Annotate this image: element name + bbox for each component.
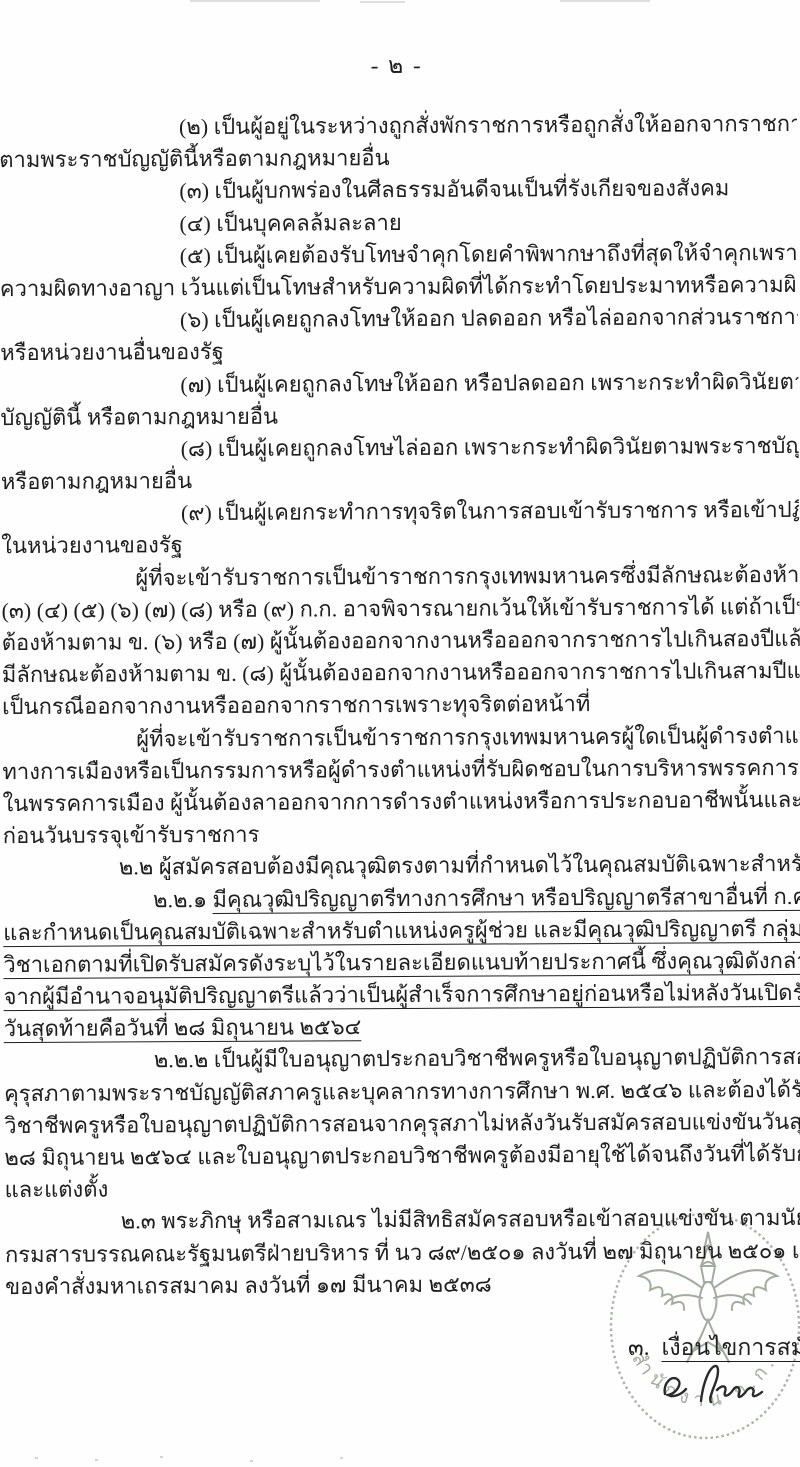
line-text: ๒.๓ พระภิกษุ หรือสามเณร ไม่มีสิทธิสมัครส… <box>121 1205 800 1234</box>
line-text: (๙) เป็นผู้เคยกระทำการทุจริตในการสอบเข้า… <box>181 497 799 526</box>
text-line: ในหน่วยงานของรัฐ <box>0 526 799 562</box>
text-line: วิชาชีพครูหรือใบอนุญาตปฏิบัติการสอนจากคุ… <box>2 1106 800 1142</box>
line-text: วิชาเอกตามที่เปิดรับสมัครดังระบุไว้ในราย… <box>3 947 800 977</box>
line-text: ตามพระราชบัญญัตินี้หรือตามกฎหมายอื่น <box>0 145 390 172</box>
line-text: (๔) เป็นบุคคลล้มละลาย <box>179 210 401 236</box>
text-line: (๖) เป็นผู้เคยถูกลงโทษให้ออก ปลดออก หรือ… <box>0 301 798 337</box>
line-text: ในพรรคการเมือง ผู้นั้นต้องลาออกจากการดำร… <box>2 786 800 816</box>
text-line: (๕) เป็นผู้เคยต้องรับโทษจำคุกโดยคำพิพากษ… <box>0 237 798 273</box>
text-line: และกำหนดเป็นคุณสมบัติเฉพาะสำหรับตำแหน่งค… <box>1 913 800 949</box>
line-text: ผู้ที่จะเข้ารับราชการเป็นข้าราชการกรุงเท… <box>135 561 799 590</box>
text-line: (๙) เป็นผู้เคยกระทำการทุจริตในการสอบเข้า… <box>0 494 799 530</box>
line-text: (๖) เป็นผู้เคยถูกลงโทษให้ออก ปลดออก หรือ… <box>180 303 798 332</box>
text-line: หรือหน่วยงานอื่นของรัฐ <box>0 333 798 369</box>
text-line: ทางการเมืองหรือเป็นกรรมการหรือผู้ดำรงตำแ… <box>0 752 800 788</box>
line-text: คุรุสภาตามพระราชบัญญัติสภาครูและบุคลากรท… <box>4 1076 800 1106</box>
text-line: กรมสารบรรณคณะรัฐมนตรีฝ่ายบริหาร ที่ นว ๘… <box>3 1234 800 1270</box>
text-line: และแต่งตั้ง <box>2 1170 800 1206</box>
line-text: มีลักษณะต้องห้ามตาม ข. (๘) ผู้นั้นต้องออ… <box>2 657 800 687</box>
text-line: วิชาเอกตามที่เปิดรับสมัครดังระบุไว้ในราย… <box>1 945 800 981</box>
text-line: (๘) เป็นผู้เคยถูกลงโทษไล่ออก เพราะกระทำผ… <box>0 430 799 466</box>
line-text: ๒.๒ ผู้สมัครสอบต้องมีคุณวุฒิตรงตามที่กำห… <box>119 850 800 879</box>
text-line: ๒.๓ พระภิกษุ หรือสามเณร ไม่มีสิทธิสมัครส… <box>3 1202 800 1238</box>
line-text: (๗) เป็นผู้เคยถูกลงโทษให้ออก หรือปลดออก … <box>180 368 798 397</box>
text-line: ในพรรคการเมือง ผู้นั้นต้องลาออกจากการดำร… <box>0 784 800 820</box>
text-line: (๗) เป็นผู้เคยถูกลงโทษให้ออก หรือปลดออก … <box>0 365 798 401</box>
text-line: บัญญัตินี้ หรือตามกฎหมายอื่น <box>0 398 799 434</box>
line-text: ในหน่วยงานของรัฐ <box>1 533 183 559</box>
line-text: (๒) เป็นผู้อยู่ในระหว่างถูกสั่งพักราชการ… <box>179 110 797 139</box>
signature-scribble <box>655 1360 795 1410</box>
text-line: (๓) (๔) (๕) (๖) (๗) (๘) หรือ (๙) ก.ก. อา… <box>0 591 800 627</box>
text-line: หรือตามกฎหมายอื่น <box>0 462 799 498</box>
text-line: ๒.๒.๑ มีคุณวุฒิปริญญาตรีทางการศึกษา หรือ… <box>1 880 800 916</box>
line-text: วันสุดท้ายคือวันที่ ๒๘ มิถุนายน ๒๕๖๔ <box>4 1014 362 1041</box>
text-line: ๒.๒.๒ เป็นผู้มีใบอนุญาตประกอบวิชาชีพครูห… <box>2 1041 800 1077</box>
line-text: หรือตามกฎหมายอื่น <box>1 468 192 494</box>
text-line: จากผู้มีอำนาจอนุมัติปริญญาตรีแล้วว่าเป็น… <box>1 977 800 1013</box>
text-line: ต้องห้ามตาม ข. (๖) หรือ (๗) ผู้นั้นต้องอ… <box>0 623 800 659</box>
line-text: (๕) เป็นผู้เคยต้องรับโทษจำคุกโดยคำพิพากษ… <box>180 239 798 268</box>
line-text: (๘) เป็นผู้เคยถูกลงโทษไล่ออก เพราะกระทำผ… <box>181 433 799 462</box>
line-text: และกำหนดเป็นคุณสมบัติเฉพาะสำหรับตำแหน่งค… <box>3 914 800 944</box>
text-line: (๒) เป็นผู้อยู่ในระหว่างถูกสั่งพักราชการ… <box>0 108 797 144</box>
line-prefix: ๒.๒.๑ <box>153 886 213 911</box>
line-text: และแต่งตั้ง <box>4 1177 108 1203</box>
line-text: จากผู้มีอำนาจอนุมัติปริญญาตรีแล้วว่าเป็น… <box>3 979 800 1009</box>
text-line: ตามพระราชบัญญัตินี้หรือตามกฎหมายอื่น <box>0 140 797 176</box>
text-line: คุรุสภาตามพระราชบัญญัติสภาครูและบุคลากรท… <box>2 1074 800 1110</box>
text-line: (๓) เป็นผู้บกพร่องในศีลธรรมอันดีจนเป็นที… <box>0 172 797 208</box>
section-number: ๓. <box>628 1335 661 1360</box>
line-text: ก่อนวันบรรจุเข้ารับราชการ <box>3 822 260 848</box>
text-line: มีลักษณะต้องห้ามตาม ข. (๘) ผู้นั้นต้องออ… <box>0 655 800 691</box>
line-text: วิชาชีพครูหรือใบอนุญาตปฏิบัติการสอนจากคุ… <box>4 1108 800 1138</box>
text-line: วันสุดท้ายคือวันที่ ๒๘ มิถุนายน ๒๕๖๔ <box>2 1009 800 1045</box>
document-body: - ๒ - (๒) เป็นผู้อยู่ในระหว่างถูกสั่งพัก… <box>0 0 800 1467</box>
text-lines: (๒) เป็นผู้อยู่ในระหว่างถูกสั่งพักราชการ… <box>0 108 800 1303</box>
text-line: เป็นกรณีออกจากงานหรือออกจากราชการเพราะทุ… <box>0 687 800 723</box>
page-number: - ๒ - <box>0 46 797 86</box>
text-line: ๒๘ มิถุนายน ๒๕๖๔ และใบอนุญาตประกอบวิชาชี… <box>2 1138 800 1174</box>
line-text: หรือหน่วยงานอื่นของรัฐ <box>0 339 224 365</box>
section-label: เงื่อนไขการสมัครสอบ. <box>661 1335 800 1360</box>
line-text: ๒๘ มิถุนายน ๒๕๖๔ และใบอนุญาตประกอบวิชาชี… <box>4 1140 800 1170</box>
text-line: ผู้ที่จะเข้ารับราชการเป็นข้าราชการกรุงเท… <box>0 719 800 755</box>
line-text: เป็นกรณีออกจากงานหรือออกจากราชการเพราะทุ… <box>2 691 590 719</box>
text-line: ก่อนวันบรรจุเข้ารับราชการ <box>1 816 800 852</box>
line-text: ผู้ที่จะเข้ารับราชการเป็นข้าราชการกรุงเท… <box>136 722 800 751</box>
line-text: กรมสารบรรณคณะรัฐมนตรีฝ่ายบริหาร ที่ นว ๘… <box>5 1236 800 1266</box>
line-text: ทางการเมืองหรือเป็นกรรมการหรือผู้ดำรงตำแ… <box>2 754 800 784</box>
scanned-document-page: { "page": { "number_label": "- ๒ -" }, "… <box>0 0 800 1467</box>
text-line: ๒.๒ ผู้สมัครสอบต้องมีคุณวุฒิตรงตามที่กำห… <box>1 848 800 884</box>
text-line: ผู้ที่จะเข้ารับราชการเป็นข้าราชการกรุงเท… <box>0 559 799 595</box>
line-text: (๓) เป็นผู้บกพร่องในศีลธรรมอันดีจนเป็นที… <box>179 176 729 204</box>
line-text: ความผิดทางอาญา เว้นแต่เป็นโทษสำหรับความผ… <box>0 271 798 301</box>
text-line: ความผิดทางอาญา เว้นแต่เป็นโทษสำหรับความผ… <box>0 269 798 305</box>
line-text: ต้องห้ามตาม ข. (๖) หรือ (๗) ผู้นั้นต้องอ… <box>2 625 800 655</box>
line-text: (๓) (๔) (๕) (๖) (๗) (๘) หรือ (๙) ก.ก. อา… <box>1 593 799 623</box>
text-line: ของคำสั่งมหาเถรสมาคม ลงวันที่ ๑๗ มีนาคม … <box>3 1267 800 1303</box>
line-text: ของคำสั่งมหาเถรสมาคม ลงวันที่ ๑๗ มีนาคม … <box>5 1271 492 1299</box>
line-text: มีคุณวุฒิปริญญาตรีทางการศึกษา หรือปริญญา… <box>212 883 800 912</box>
line-text: บัญญัตินี้ หรือตามกฎหมายอื่น <box>0 403 278 429</box>
text-line: (๔) เป็นบุคคลล้มละลาย <box>0 204 798 240</box>
line-text: ๒.๒.๒ เป็นผู้มีใบอนุญาตประกอบวิชาชีพครูห… <box>154 1044 800 1073</box>
